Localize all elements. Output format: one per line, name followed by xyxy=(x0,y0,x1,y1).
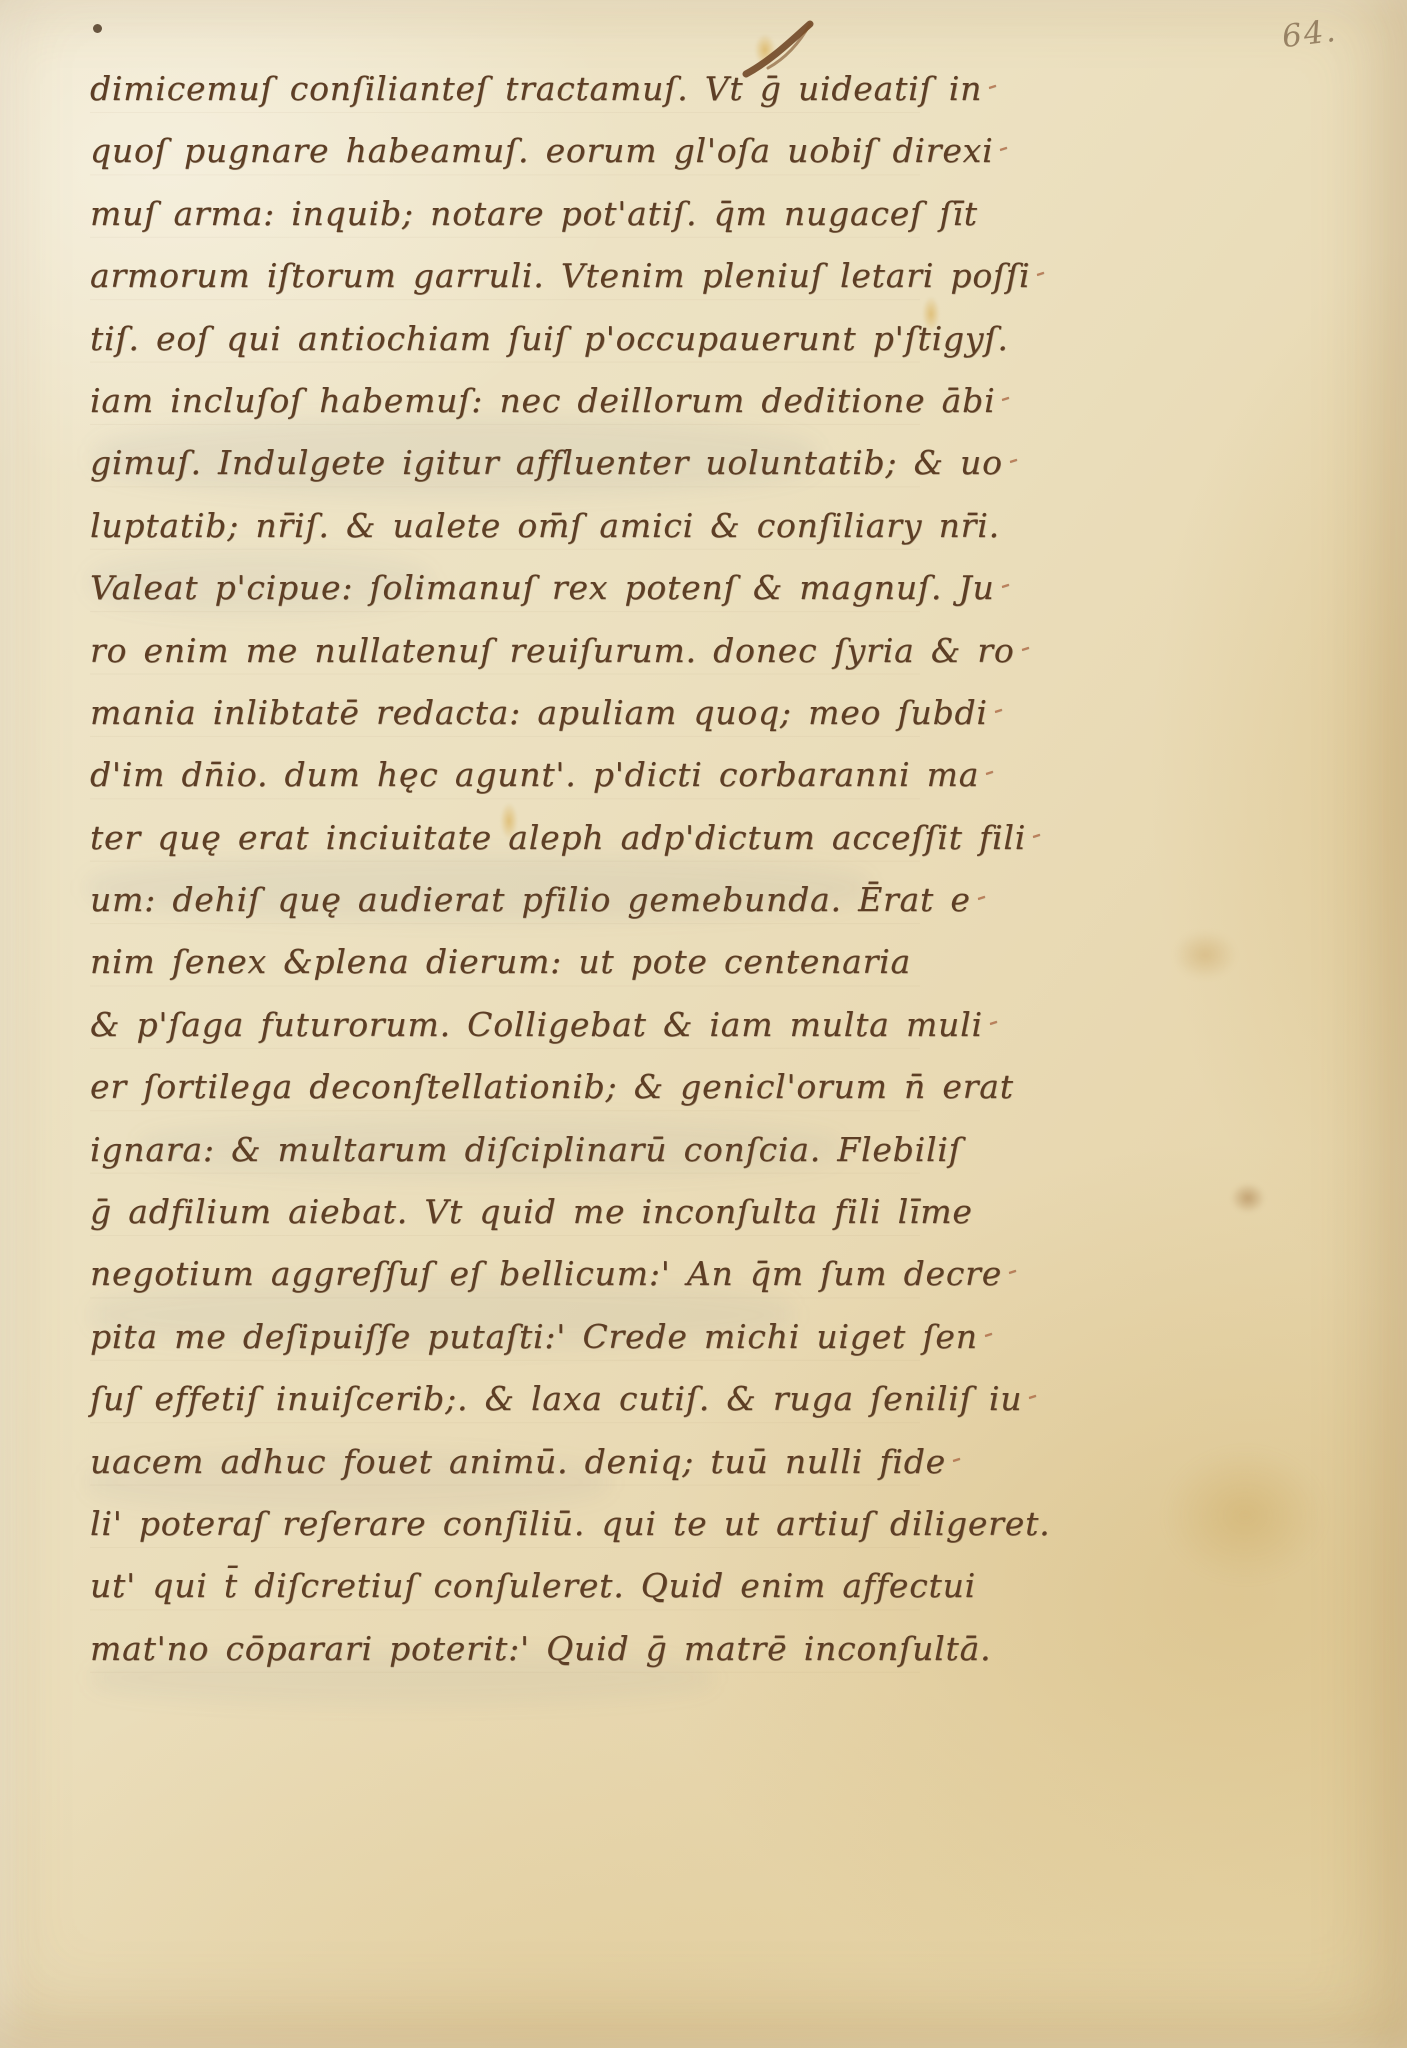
line-text: pita me deſipuiſſe putaſti:' Crede michi… xyxy=(90,1317,978,1356)
manuscript-line: li' poteraſ reſerare conſiliū. qui te ut… xyxy=(90,1493,920,1555)
manuscript-line: luptatib; nr̄iſ. & ualete om̄ſ amici & c… xyxy=(90,495,920,557)
line-end-hyphen: - xyxy=(998,1240,1027,1303)
line-end-hyphen: - xyxy=(989,117,1018,180)
manuscript-line: er ſortilega deconſtellationib; & genicl… xyxy=(90,1056,920,1118)
line-end-hyphen: - xyxy=(942,1427,971,1490)
manuscript-line: & p'ſaga futurorum. Colligebat & iam mul… xyxy=(90,994,920,1056)
line-text: ſuſ effetiſ inuiſcerib;. & laxa cutiſ. &… xyxy=(90,1379,1022,1418)
manuscript-line: ro enim me nullatenuſ reuiſurum. donec ſ… xyxy=(90,620,920,682)
manuscript-line: um: dehiſ quę audierat pfilio gemebunda.… xyxy=(90,869,920,931)
manuscript-line: nim ſenex &plena dierum: ut pote centena… xyxy=(90,931,920,993)
manuscript-line: d'im dn̄io. dum hęc agunt'. p'dicti corb… xyxy=(90,744,920,806)
manuscript-line: muſ arma: inquib; notare pot'atiſ. q̄m n… xyxy=(90,183,920,245)
line-text: quoſ pugnare habeamuſ. eorum gl'oſa uobi… xyxy=(90,131,993,170)
manuscript-line: ḡ adfilium aiebat. Vt quid me inconſulta… xyxy=(90,1181,920,1243)
line-end-hyphen: - xyxy=(978,54,1007,117)
manuscript-line: gimuſ. Indulgete igitur affluenter uolun… xyxy=(90,432,920,494)
line-text: dimicemuſ conſilianteſ tractamuſ. Vt ḡ u… xyxy=(90,69,982,108)
folio-number: 64. xyxy=(1280,13,1339,55)
line-text: ut' qui t̄ diſcretiuſ conſuleret. Quid e… xyxy=(90,1566,976,1605)
manuscript-line: iam incluſoſ habemuſ: nec deillorum dedi… xyxy=(90,370,920,432)
manuscript-line: ſuſ effetiſ inuiſcerib;. & laxa cutiſ. &… xyxy=(90,1368,920,1430)
parchment-stain xyxy=(1160,920,1250,990)
manuscript-line: negotium aggreſſuſ eſ bellicum:' An q̄m … xyxy=(90,1243,920,1305)
line-text: nim ſenex &plena dierum: ut pote centena… xyxy=(90,942,911,981)
line-text: ter quę erat inciuitate aleph adp'dictum… xyxy=(90,818,1026,857)
manuscript-line: pita me deſipuiſſe putaſti:' Crede michi… xyxy=(90,1306,920,1368)
line-text: tiſ. eoſ qui antiochiam ſuiſ p'occupauer… xyxy=(90,319,1009,358)
line-text: mat'no cōparari poterit:' Quid ḡ matrē i… xyxy=(90,1629,991,1668)
line-text: iam incluſoſ habemuſ: nec deillorum dedi… xyxy=(90,381,995,420)
line-text: li' poteraſ reſerare conſiliū. qui te ut… xyxy=(90,1504,1050,1543)
dirt-speck xyxy=(93,24,102,33)
manuscript-page: 64. dimicemuſ conſilianteſ tractamuſ. Vt… xyxy=(0,0,1407,2048)
line-text: um: dehiſ quę audierat pfilio gemebunda.… xyxy=(90,880,971,919)
line-end-hyphen: - xyxy=(1018,1364,1047,1427)
manuscript-line: ter quę erat inciuitate aleph adp'dictum… xyxy=(90,807,920,869)
line-text: muſ arma: inquib; notare pot'atiſ. q̄m n… xyxy=(90,194,978,233)
text-block: dimicemuſ conſilianteſ tractamuſ. Vt ḡ u… xyxy=(90,58,920,1680)
line-text: mania inlibtatē redacta: apuliam quoq; m… xyxy=(90,693,988,732)
line-text: ḡ adfilium aiebat. Vt quid me inconſulta… xyxy=(90,1192,973,1231)
manuscript-line: tiſ. eoſ qui antiochiam ſuiſ p'occupauer… xyxy=(90,308,920,370)
line-text: & p'ſaga futurorum. Colligebat & iam mul… xyxy=(90,1005,983,1044)
manuscript-line: ignara: & multarum diſciplinarū conſcia.… xyxy=(90,1119,920,1181)
line-text: armorum iſtorum garruli. Vtenim pleniuſ … xyxy=(90,256,1030,295)
line-text: er ſortilega deconſtellationib; & genicl… xyxy=(90,1067,1014,1106)
line-text: luptatib; nr̄iſ. & ualete om̄ſ amici & c… xyxy=(90,506,1000,545)
manuscript-line: mat'no cōparari poterit:' Quid ḡ matrē i… xyxy=(90,1618,920,1680)
line-end-hyphen: - xyxy=(1022,803,1051,866)
line-text: gimuſ. Indulgete igitur affluenter uolun… xyxy=(90,443,1003,482)
line-text: uacem adhuc fouet animū. deniq; tuū null… xyxy=(90,1442,946,1481)
manuscript-line: mania inlibtatē redacta: apuliam quoq; m… xyxy=(90,682,920,744)
line-text: ro enim me nullatenuſ reuiſurum. donec ſ… xyxy=(90,631,1015,670)
manuscript-line: ut' qui t̄ diſcretiuſ conſuleret. Quid e… xyxy=(90,1555,920,1617)
line-end-hyphen: - xyxy=(1026,241,1055,304)
line-end-hyphen: - xyxy=(991,366,1020,429)
line-text: Valeat p'cipue: ſolimanuſ rex potenſ & m… xyxy=(90,568,995,607)
parchment-stain xyxy=(1225,1178,1271,1218)
line-text: negotium aggreſſuſ eſ bellicum:' An q̄m … xyxy=(90,1254,1002,1293)
manuscript-line: uacem adhuc fouet animū. deniq; tuū null… xyxy=(90,1431,920,1493)
manuscript-line: quoſ pugnare habeamuſ. eorum gl'oſa uobi… xyxy=(90,120,920,182)
parchment-stain xyxy=(1130,1420,1360,1610)
line-end-hyphen: - xyxy=(975,741,1004,804)
manuscript-line: dimicemuſ conſilianteſ tractamuſ. Vt ḡ u… xyxy=(90,58,920,120)
manuscript-line: Valeat p'cipue: ſolimanuſ rex potenſ & m… xyxy=(90,557,920,619)
line-text: d'im dn̄io. dum hęc agunt'. p'dicti corb… xyxy=(90,755,979,794)
manuscript-line: armorum iſtorum garruli. Vtenim pleniuſ … xyxy=(90,245,920,307)
line-text: ignara: & multarum diſciplinarū conſcia.… xyxy=(90,1130,962,1169)
